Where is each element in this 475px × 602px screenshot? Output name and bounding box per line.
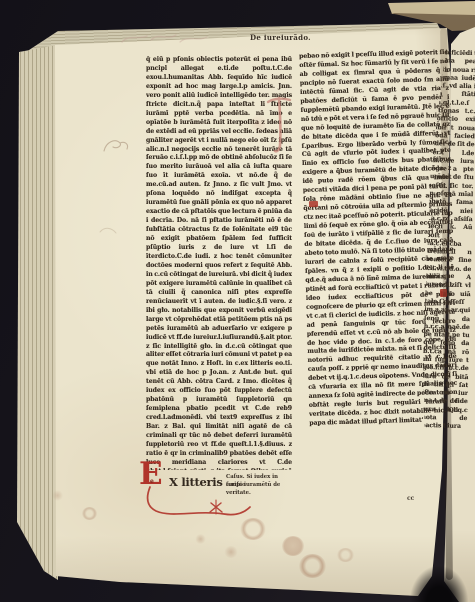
- stain: [240, 518, 266, 540]
- initial-guide-letter: e: [150, 478, 154, 485]
- casus-note-line2: cauſe iuramētū de veritate.: [226, 482, 294, 497]
- running-title: De iureiurãdo.: [250, 33, 311, 42]
- stain: [224, 546, 238, 558]
- text-column-left: q̃ eiū p pſonis obiectis poterūt ei pena…: [146, 56, 292, 470]
- gutter-bottom-shadow: [410, 566, 468, 602]
- photograph-of-open-incunable: De iureiurãdo. q̃ eiū p pſonis obiectis …: [0, 0, 475, 602]
- stain: [195, 534, 206, 544]
- stain: [282, 536, 304, 556]
- stain: [299, 554, 326, 578]
- stain: [82, 507, 97, 520]
- stain: [52, 490, 63, 501]
- stain: [250, 114, 267, 134]
- quire-signature: cc: [407, 495, 414, 502]
- incipit-word: X litteris: [169, 475, 223, 489]
- stain: [337, 548, 354, 562]
